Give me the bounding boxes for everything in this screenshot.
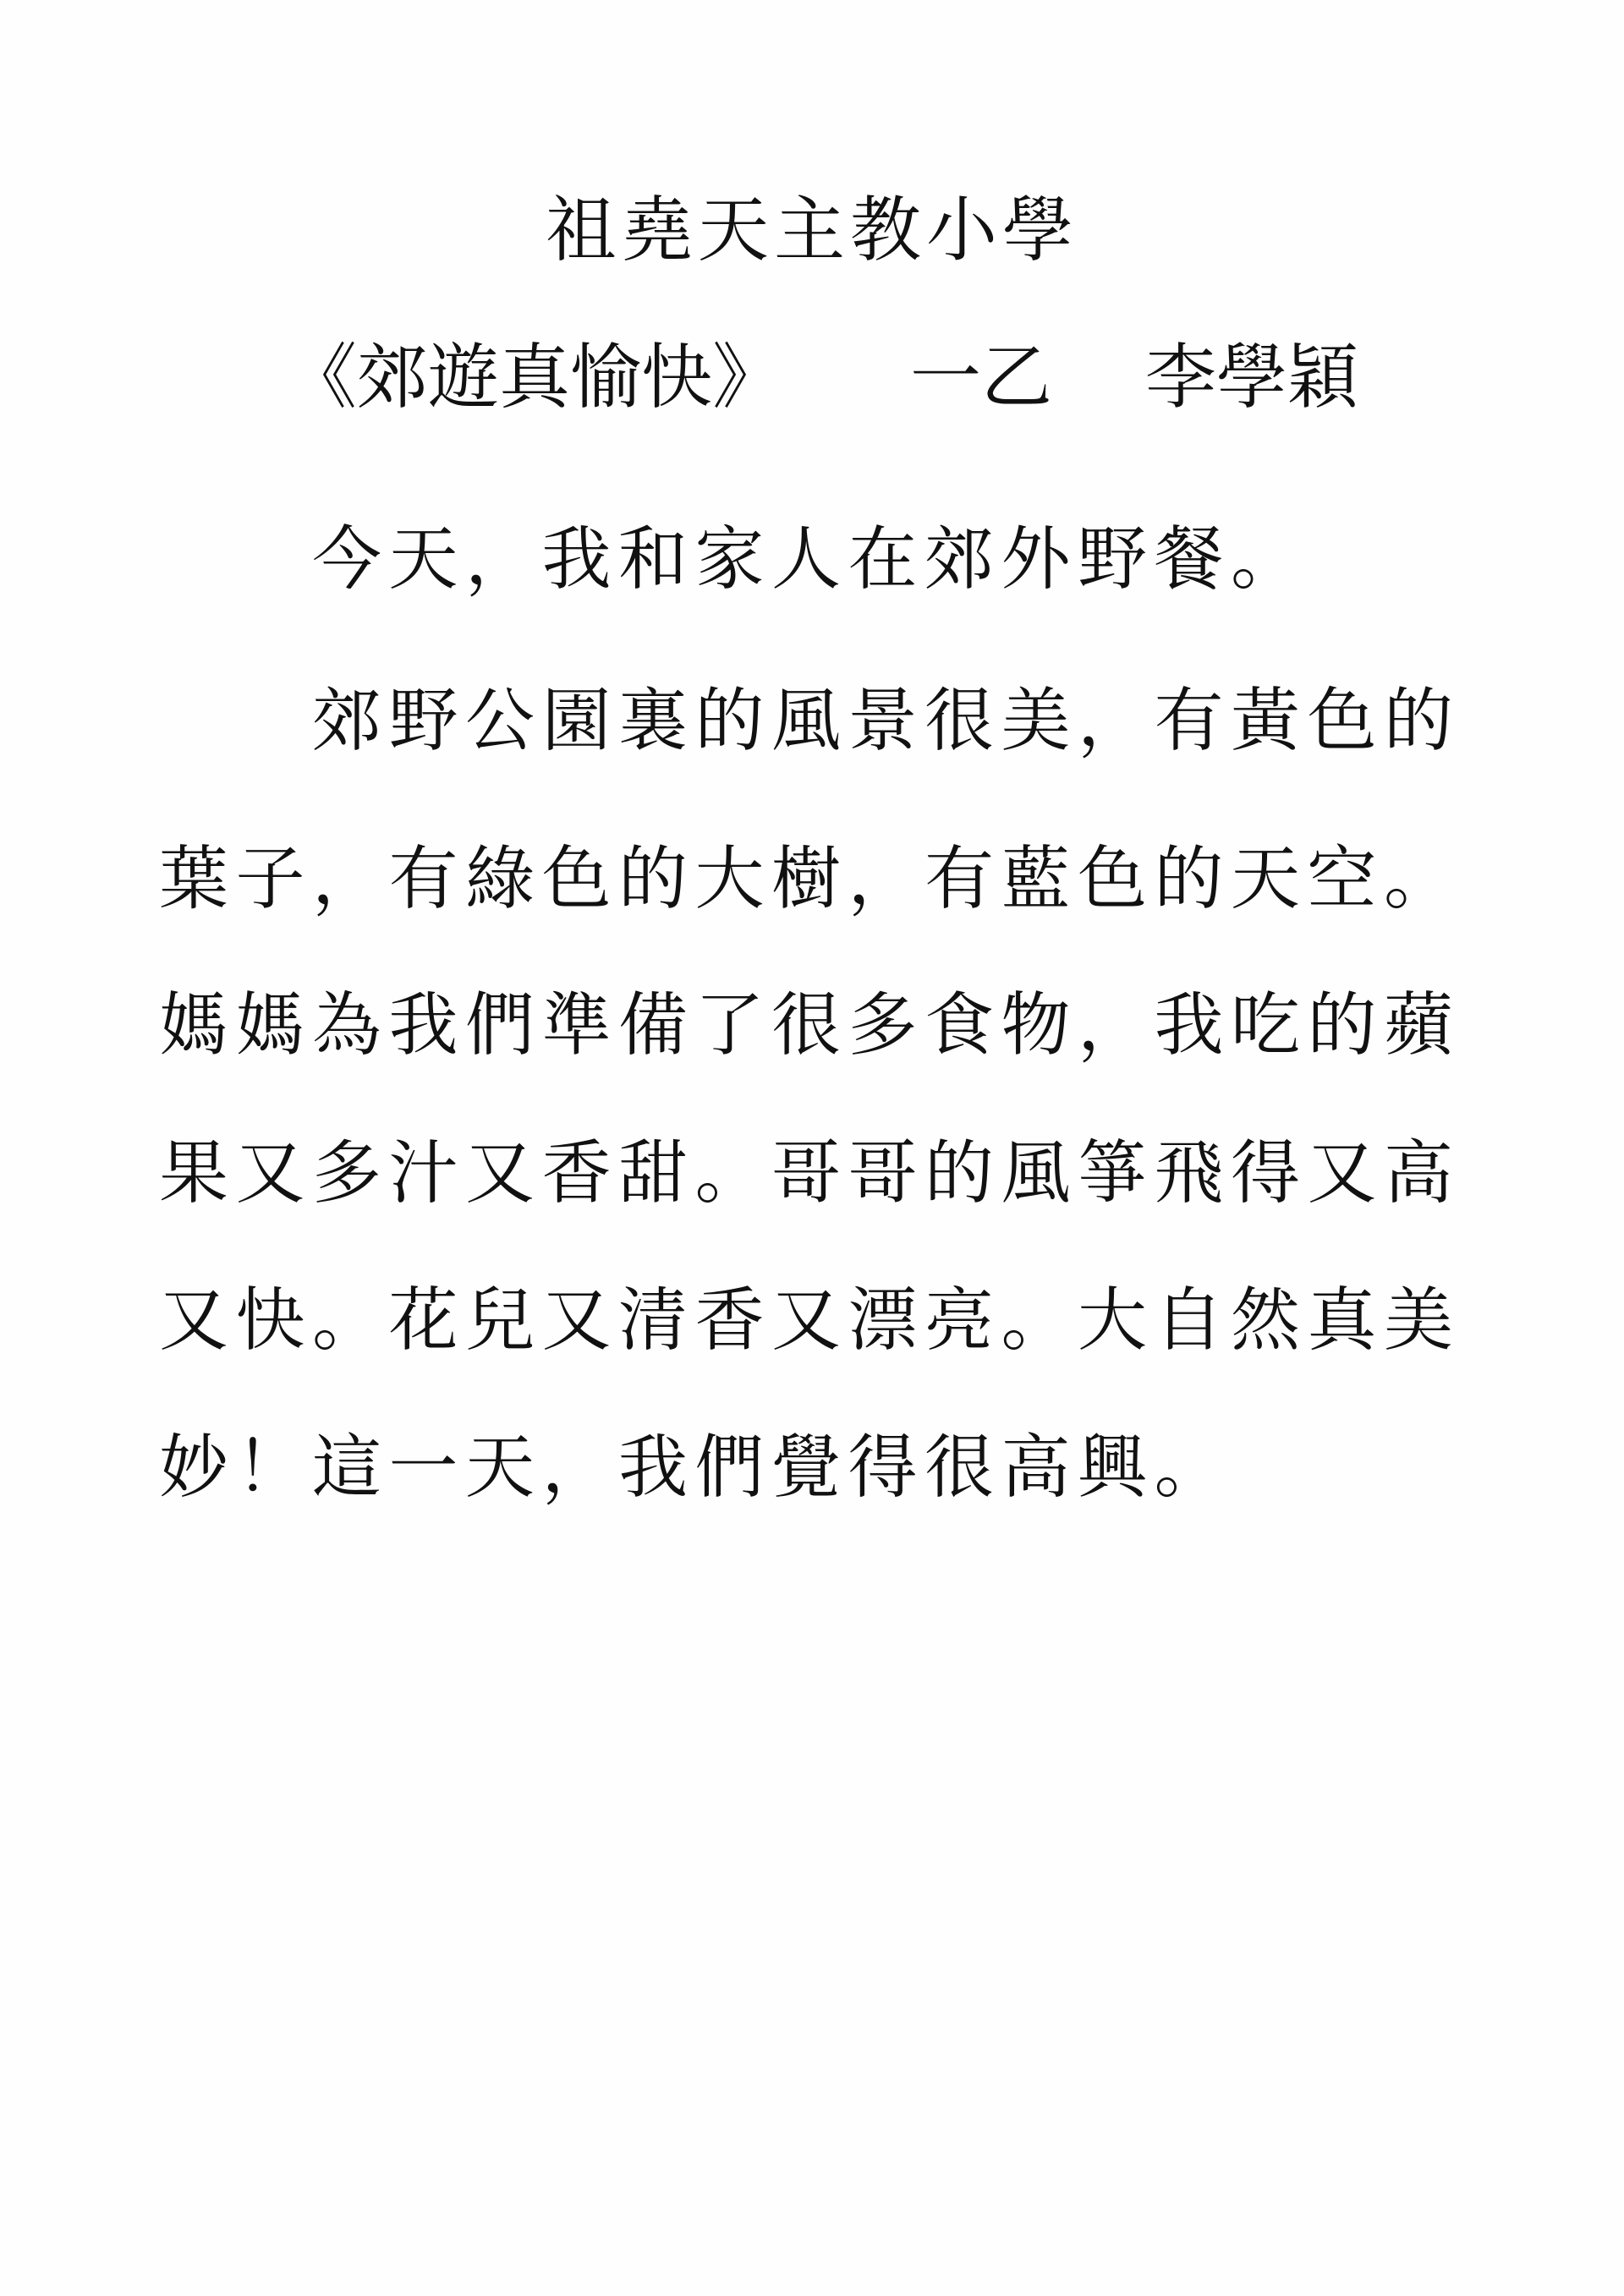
school-name: 祖堯天主教小學 xyxy=(0,188,1624,272)
paragraph-2-line-1: 郊野公園裏的風景很美，有黃色的 xyxy=(159,679,1479,764)
paragraph-1-line-1: 今天，我和家人在郊外野餐。 xyxy=(159,518,1479,602)
essay-title: 《郊遊真愉快》 xyxy=(286,335,783,419)
class-name: 一乙 xyxy=(910,335,1052,419)
paragraph-2-line-3: 媽媽為我們準備了很多食物，我吃的蘋 xyxy=(159,984,1479,1068)
essay-header: 《郊遊真愉快》一乙李學穎 xyxy=(286,335,1385,419)
paragraph-2-line-2: 葉子，有綠色的大樹，有藍色的天空。 xyxy=(159,837,1479,922)
author-name: 李學穎 xyxy=(1145,335,1358,419)
paragraph-2-line-4: 果又多汁又香甜。哥哥的風箏飛得又高 xyxy=(159,1132,1479,1216)
paragraph-2-line-5: 又快。花兒又清香又漂亮。大自然真美 xyxy=(159,1279,1479,1363)
document-page: 祖堯天主教小學 《郊遊真愉快》一乙李學穎 今天，我和家人在郊外野餐。 郊野公園裏… xyxy=(0,0,1624,2296)
paragraph-2-line-6: 妙！這一天，我們覺得很高興。 xyxy=(159,1426,1479,1510)
